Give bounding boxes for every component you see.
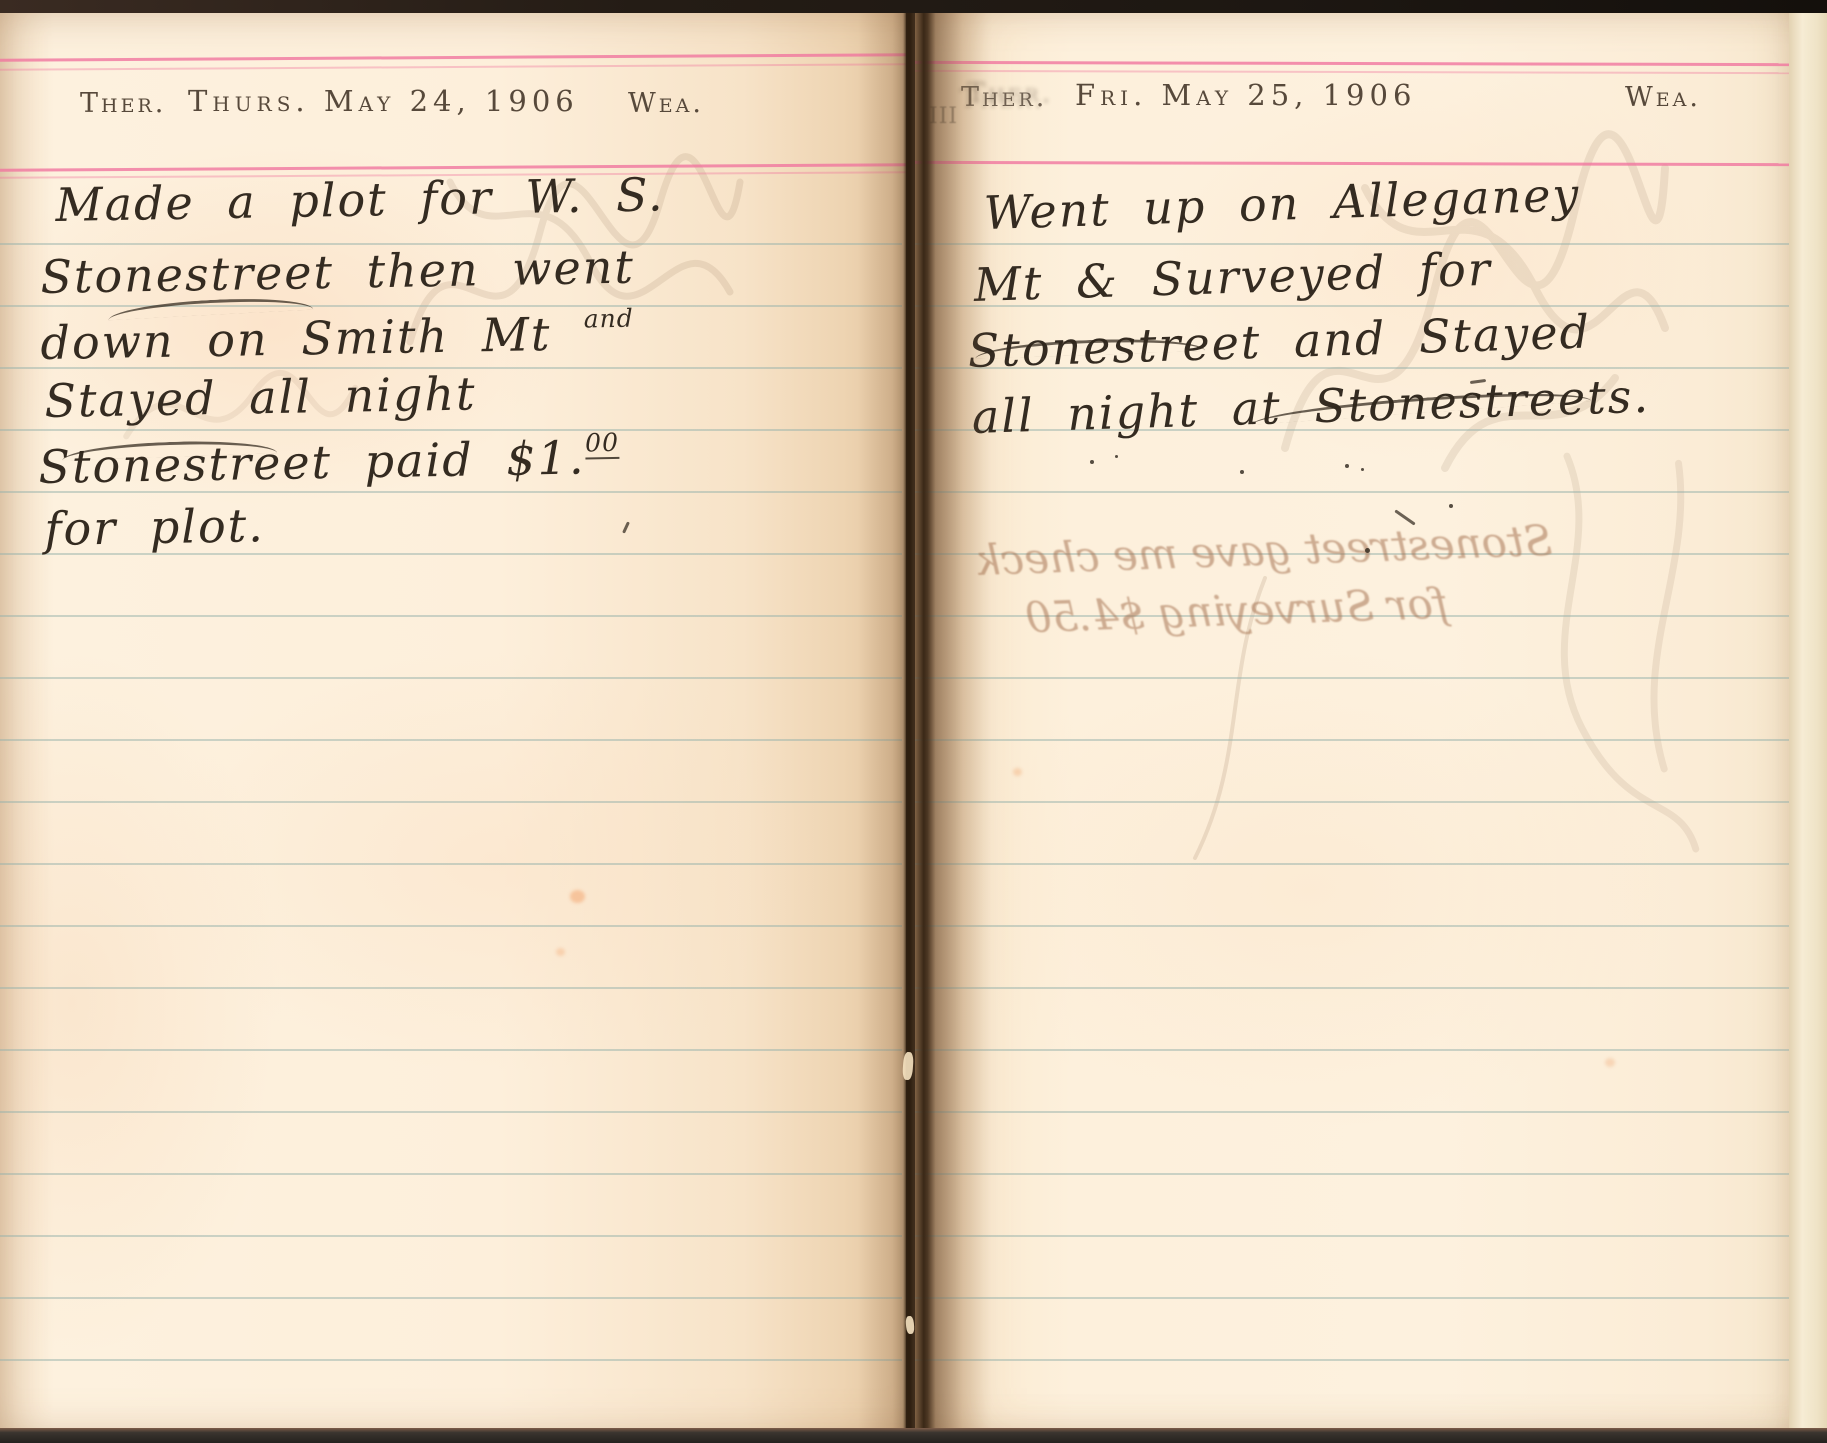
ink-speck <box>1115 455 1118 458</box>
ink-speck <box>1240 470 1244 474</box>
superscript-and: and <box>583 304 634 334</box>
entry-line: Stonestreet and Stayed <box>967 304 1592 378</box>
page-stack-edge <box>1789 5 1827 1429</box>
right-page: III Ther. Fri. May 25, 1906 Wea. Went up… <box>915 8 1790 1430</box>
entry-line: down on Smith Mt and <box>40 304 634 370</box>
paper-stain <box>570 890 585 903</box>
spine-crease <box>905 0 912 1443</box>
page-edge-mark: III <box>929 104 958 129</box>
ink-speck <box>1345 464 1349 468</box>
left-page: Ther. Thurs. May 24, 1906 Wea. Made a pl… <box>0 12 906 1428</box>
wea-label: Wea. <box>1625 82 1701 113</box>
wea-label: Wea. <box>628 88 704 119</box>
entry-line: for plot. <box>44 498 265 556</box>
ink-speck <box>1361 468 1364 471</box>
ther-label: Ther. <box>80 88 166 119</box>
ther-label: Ther. <box>961 82 1047 113</box>
pink-rule <box>0 53 906 62</box>
book-top-edge <box>0 0 1827 13</box>
ink-speck <box>1090 460 1094 464</box>
ink-speck <box>1365 548 1370 553</box>
spine-tear <box>902 1052 914 1081</box>
pink-rule <box>915 70 1790 74</box>
paper-stain <box>1605 1058 1615 1067</box>
bleed-through-line: for Surveying $4.50 <box>1024 579 1449 643</box>
pink-rule <box>0 63 906 71</box>
entry-line: Stayed all night <box>44 366 477 428</box>
ink-speck <box>622 521 630 533</box>
superscript-cents: 00 <box>585 428 619 460</box>
entry-line: Stonestreet then went <box>40 240 635 304</box>
entry-line: Mt & Surveyed for <box>973 242 1493 312</box>
paper-stain <box>556 948 565 956</box>
bleed-through-line: Stonestreet gave me check <box>974 516 1553 585</box>
entry-line: Stonestreet paid $1.00 <box>38 428 620 494</box>
pink-rule <box>915 61 1790 66</box>
diary-scan: Ther. Thurs. May 24, 1906 Wea. Made a pl… <box>0 0 1827 1443</box>
bleed-through-marks <box>1451 410 1790 866</box>
ink-speck <box>1449 504 1453 508</box>
paper-stain <box>1013 768 1022 776</box>
book-bottom-edge <box>0 1428 1827 1443</box>
page-date: Fri. May 25, 1906 <box>1075 78 1416 112</box>
entry-line: Made a plot for W. S. <box>55 167 665 232</box>
spine-tear <box>905 1316 915 1335</box>
pink-rule <box>915 161 1790 166</box>
entry-line: Went up on Alleganey <box>983 167 1581 240</box>
entry-line: all night at Stonestreets. <box>971 369 1651 444</box>
page-date: Thurs. May 24, 1906 <box>188 84 579 118</box>
